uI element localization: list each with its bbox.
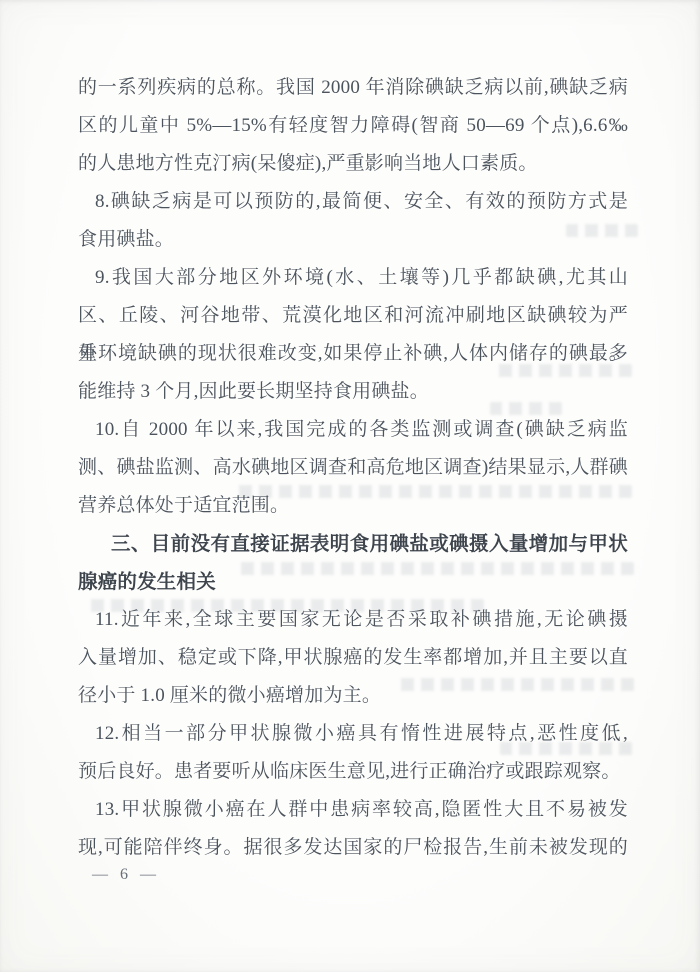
text-line: 区、丘陵、河谷地带、荒漠化地区和河流冲刷地区缺碘较为严重。 xyxy=(78,297,628,335)
bleed-through-artifact xyxy=(490,402,562,415)
text-line: 食用碘盐。 xyxy=(78,221,628,259)
bleed-through-artifact xyxy=(238,562,634,575)
bleed-through-artifact xyxy=(500,742,632,755)
bleed-through-artifact xyxy=(394,678,634,691)
text-line: 9.我国大部分地区外环境(水、土壤等)几乎都缺碘,尤其山 xyxy=(78,259,628,297)
text-line: 的一系列疾病的总称。我国 2000 年消除碘缺乏病以前,碘缺乏病 xyxy=(78,69,628,107)
page-number: — 6 — xyxy=(92,864,160,886)
text-line: 8.碘缺乏病是可以预防的,最简便、安全、有效的预防方式是 xyxy=(78,183,628,221)
text-line: 现,可能陪伴终身。据很多发达国家的尸检报告,生前未被发现的 xyxy=(78,829,628,867)
document-page: 的一系列疾病的总称。我国 2000 年消除碘缺乏病以前,碘缺乏病区的儿童中 5%… xyxy=(0,0,700,972)
heading-line: 三、目前没有直接证据表明食用碘盐或碘摄入量增加与甲状 xyxy=(78,525,628,563)
text-line: 预后良好。患者要听从临床医生意见,进行正确治疗或跟踪观察。 xyxy=(78,753,628,791)
text-line: 测、碘盐监测、高水碘地区调查和高危地区调查)结果显示,人群碘 xyxy=(78,449,628,487)
bleed-through-artifact xyxy=(566,224,638,237)
text-line: 10.自 2000 年以来,我国完成的各类监测或调查(碘缺乏病监 xyxy=(78,411,628,449)
text-line: 区的儿童中 5%—15%有轻度智力障碍(智商 50—69 个点),6.6‰ xyxy=(78,107,628,145)
bleed-through-artifact xyxy=(492,364,632,377)
bleed-through-artifact xyxy=(84,599,484,612)
text-line: 13.甲状腺微小癌在人群中患病率较高,隐匿性大且不易被发 xyxy=(78,791,628,829)
bleed-through-artifact xyxy=(232,485,632,498)
text-line: 的人患地方性克汀病(呆傻症),严重影响当地人口素质。 xyxy=(78,145,628,183)
text-line: 入量增加、稳定或下降,甲状腺癌的发生率都增加,并且主要以直 xyxy=(78,639,628,677)
